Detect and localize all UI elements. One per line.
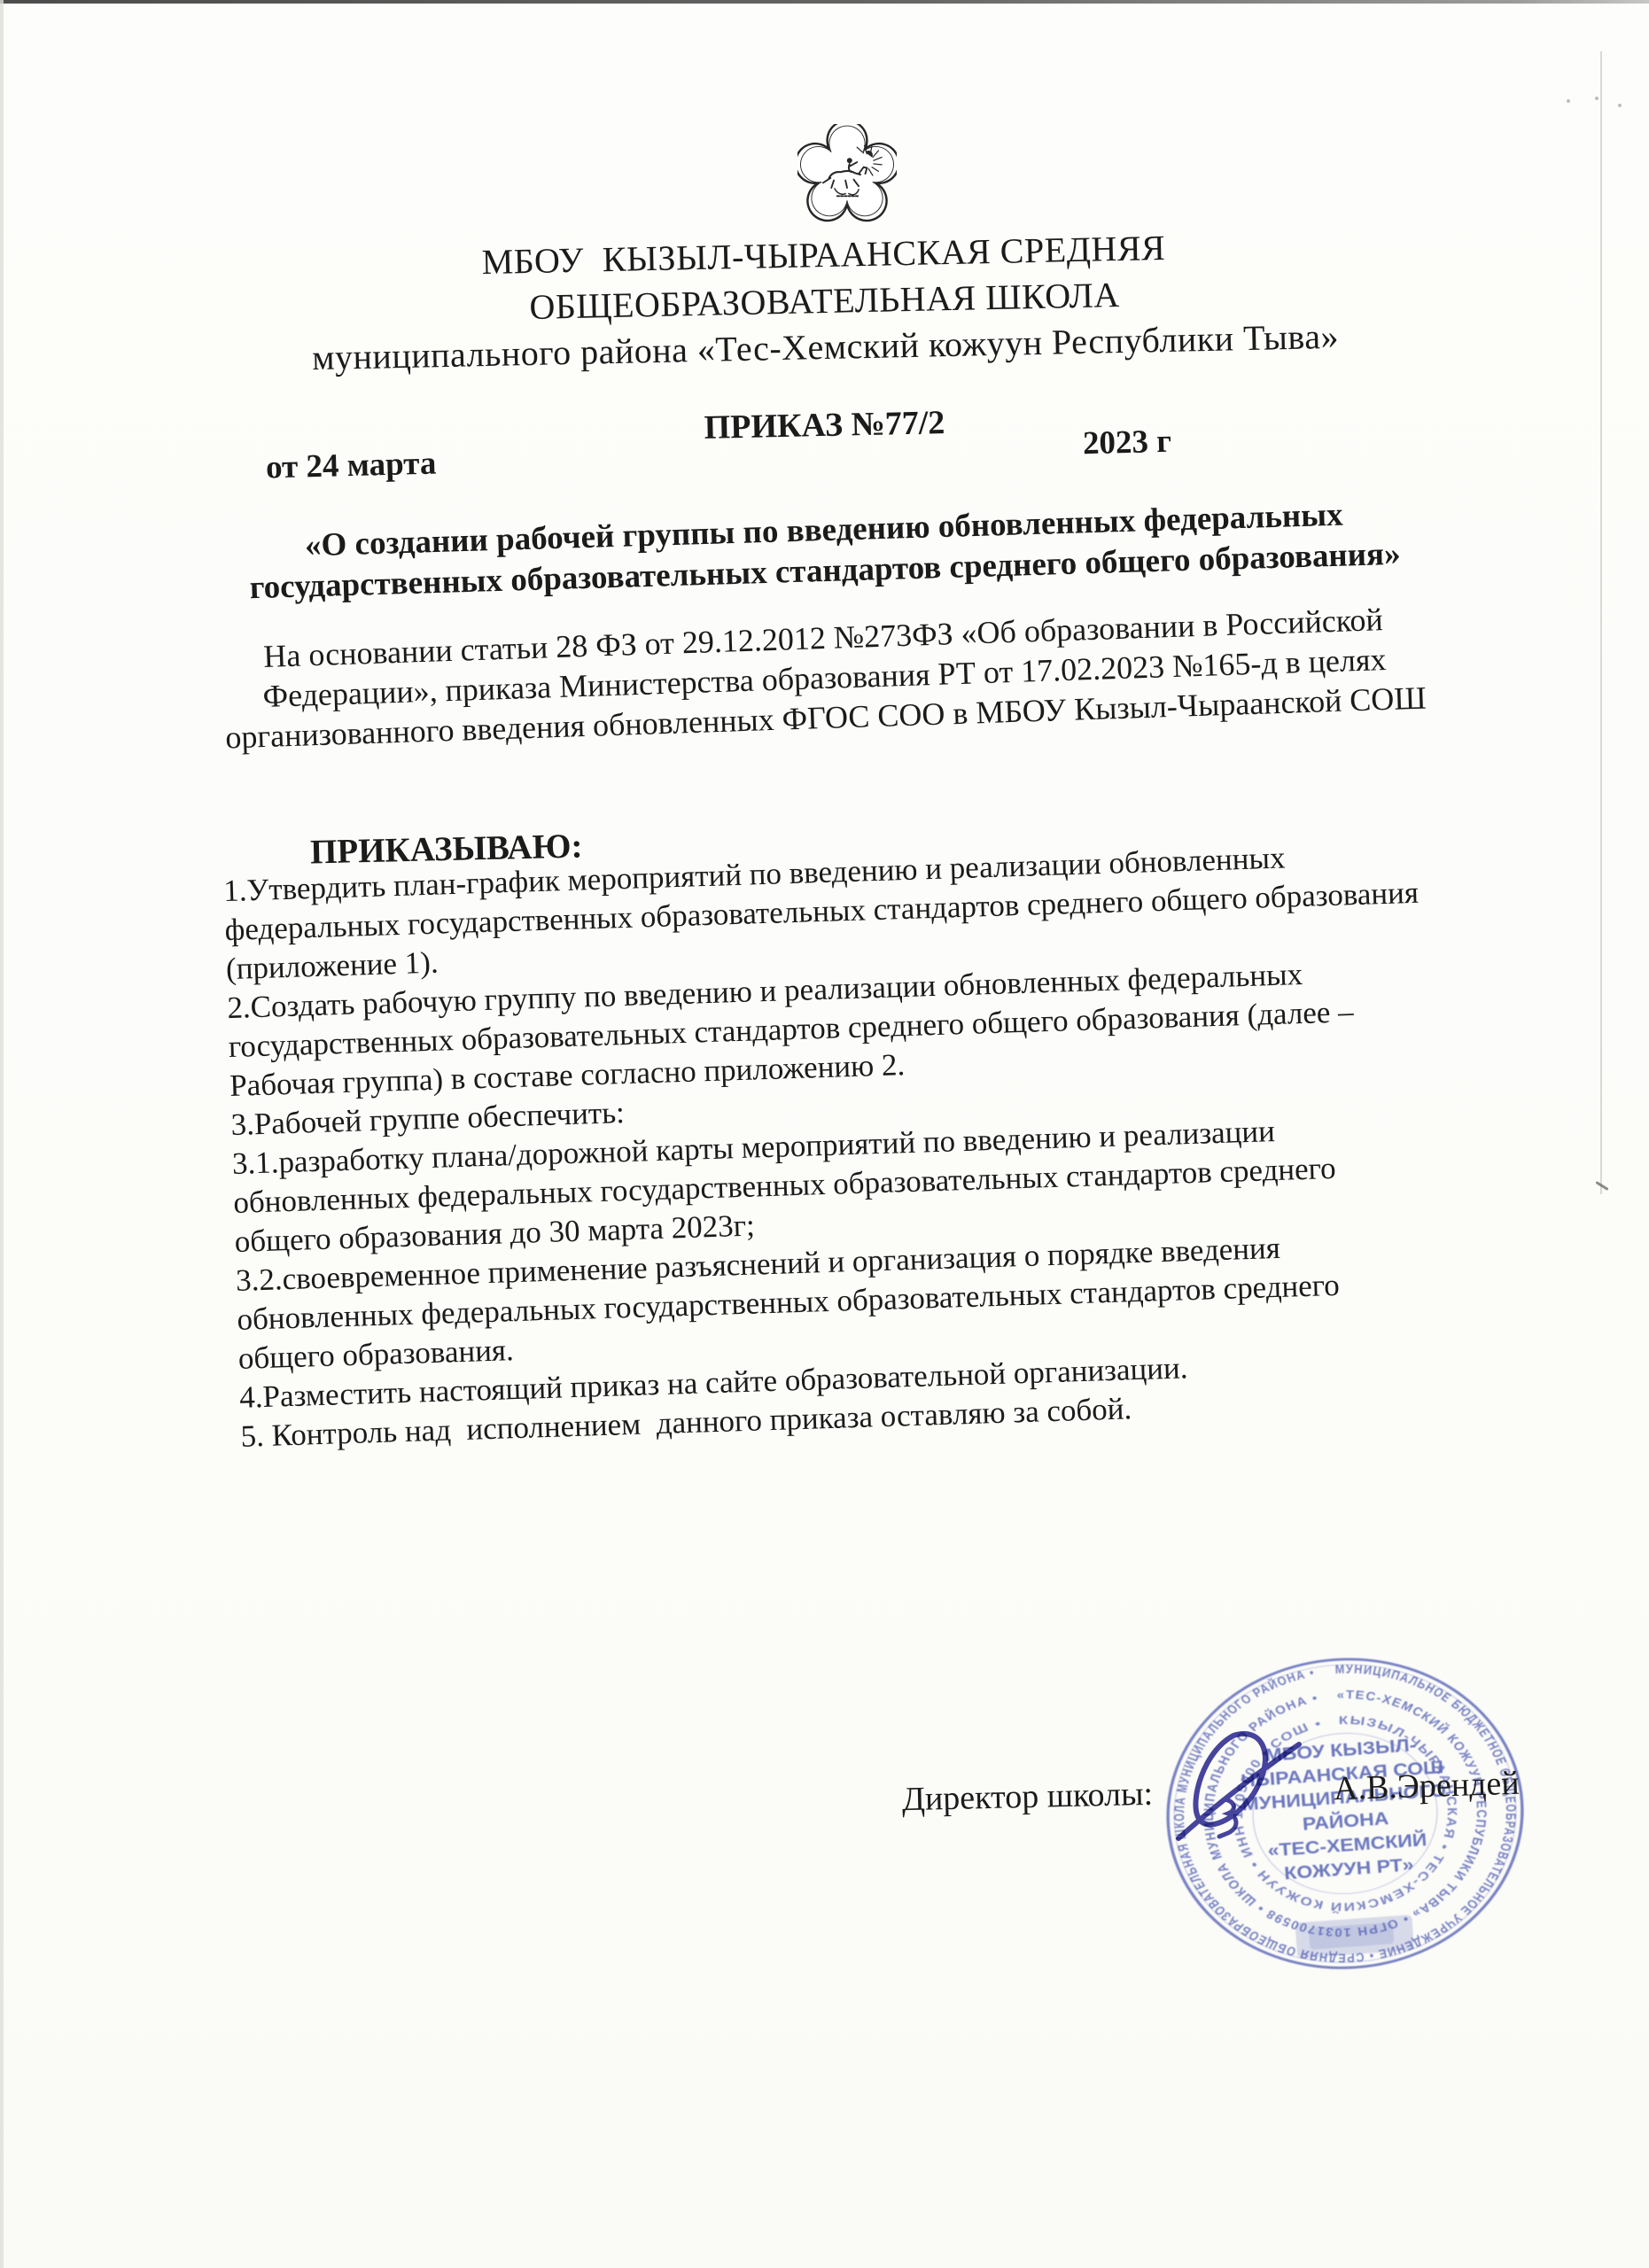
- tuva-emblem-icon: [797, 124, 897, 227]
- order-date: от 24 марта: [265, 444, 436, 486]
- director-name: А.В.Эрендей: [1333, 1764, 1520, 1809]
- stamp-ink-smudge: [1295, 1915, 1413, 1958]
- order-preamble: На основании статьи 28 ФЗ от 29.12.2012 …: [0, 591, 1649, 765]
- order-items: 1.Утвердить план-график мероприятий по в…: [223, 832, 1517, 1456]
- school-header: МБОУ КЫЗЫЛ-ЧЫРААНСКАЯ СРЕДНЯЯ ОБЩЕОБРАЗО…: [0, 215, 1649, 388]
- director-signature-icon: [1159, 1723, 1305, 1865]
- order-number-title: ПРИКАЗ №77/2: [0, 389, 1649, 462]
- scan-speck: [1567, 99, 1570, 103]
- scan-speck: [1618, 104, 1622, 107]
- document-page: МБОУ КЫЗЫЛ-ЧЫРААНСКАЯ СРЕДНЯЯ ОБЩЕОБРАЗО…: [0, 0, 1649, 2268]
- scan-pen-tick-artifact: [1595, 1181, 1608, 1191]
- order-subject: «О создании рабочей группы по введению о…: [0, 485, 1649, 616]
- scan-speck: [1595, 97, 1598, 100]
- order-year: 2023 г: [1082, 423, 1171, 463]
- director-label: Директор школы:: [902, 1775, 1154, 1819]
- scan-top-edge-artifact: [0, 0, 1649, 4]
- stamp-center-line: РАЙОНА: [1302, 1808, 1389, 1835]
